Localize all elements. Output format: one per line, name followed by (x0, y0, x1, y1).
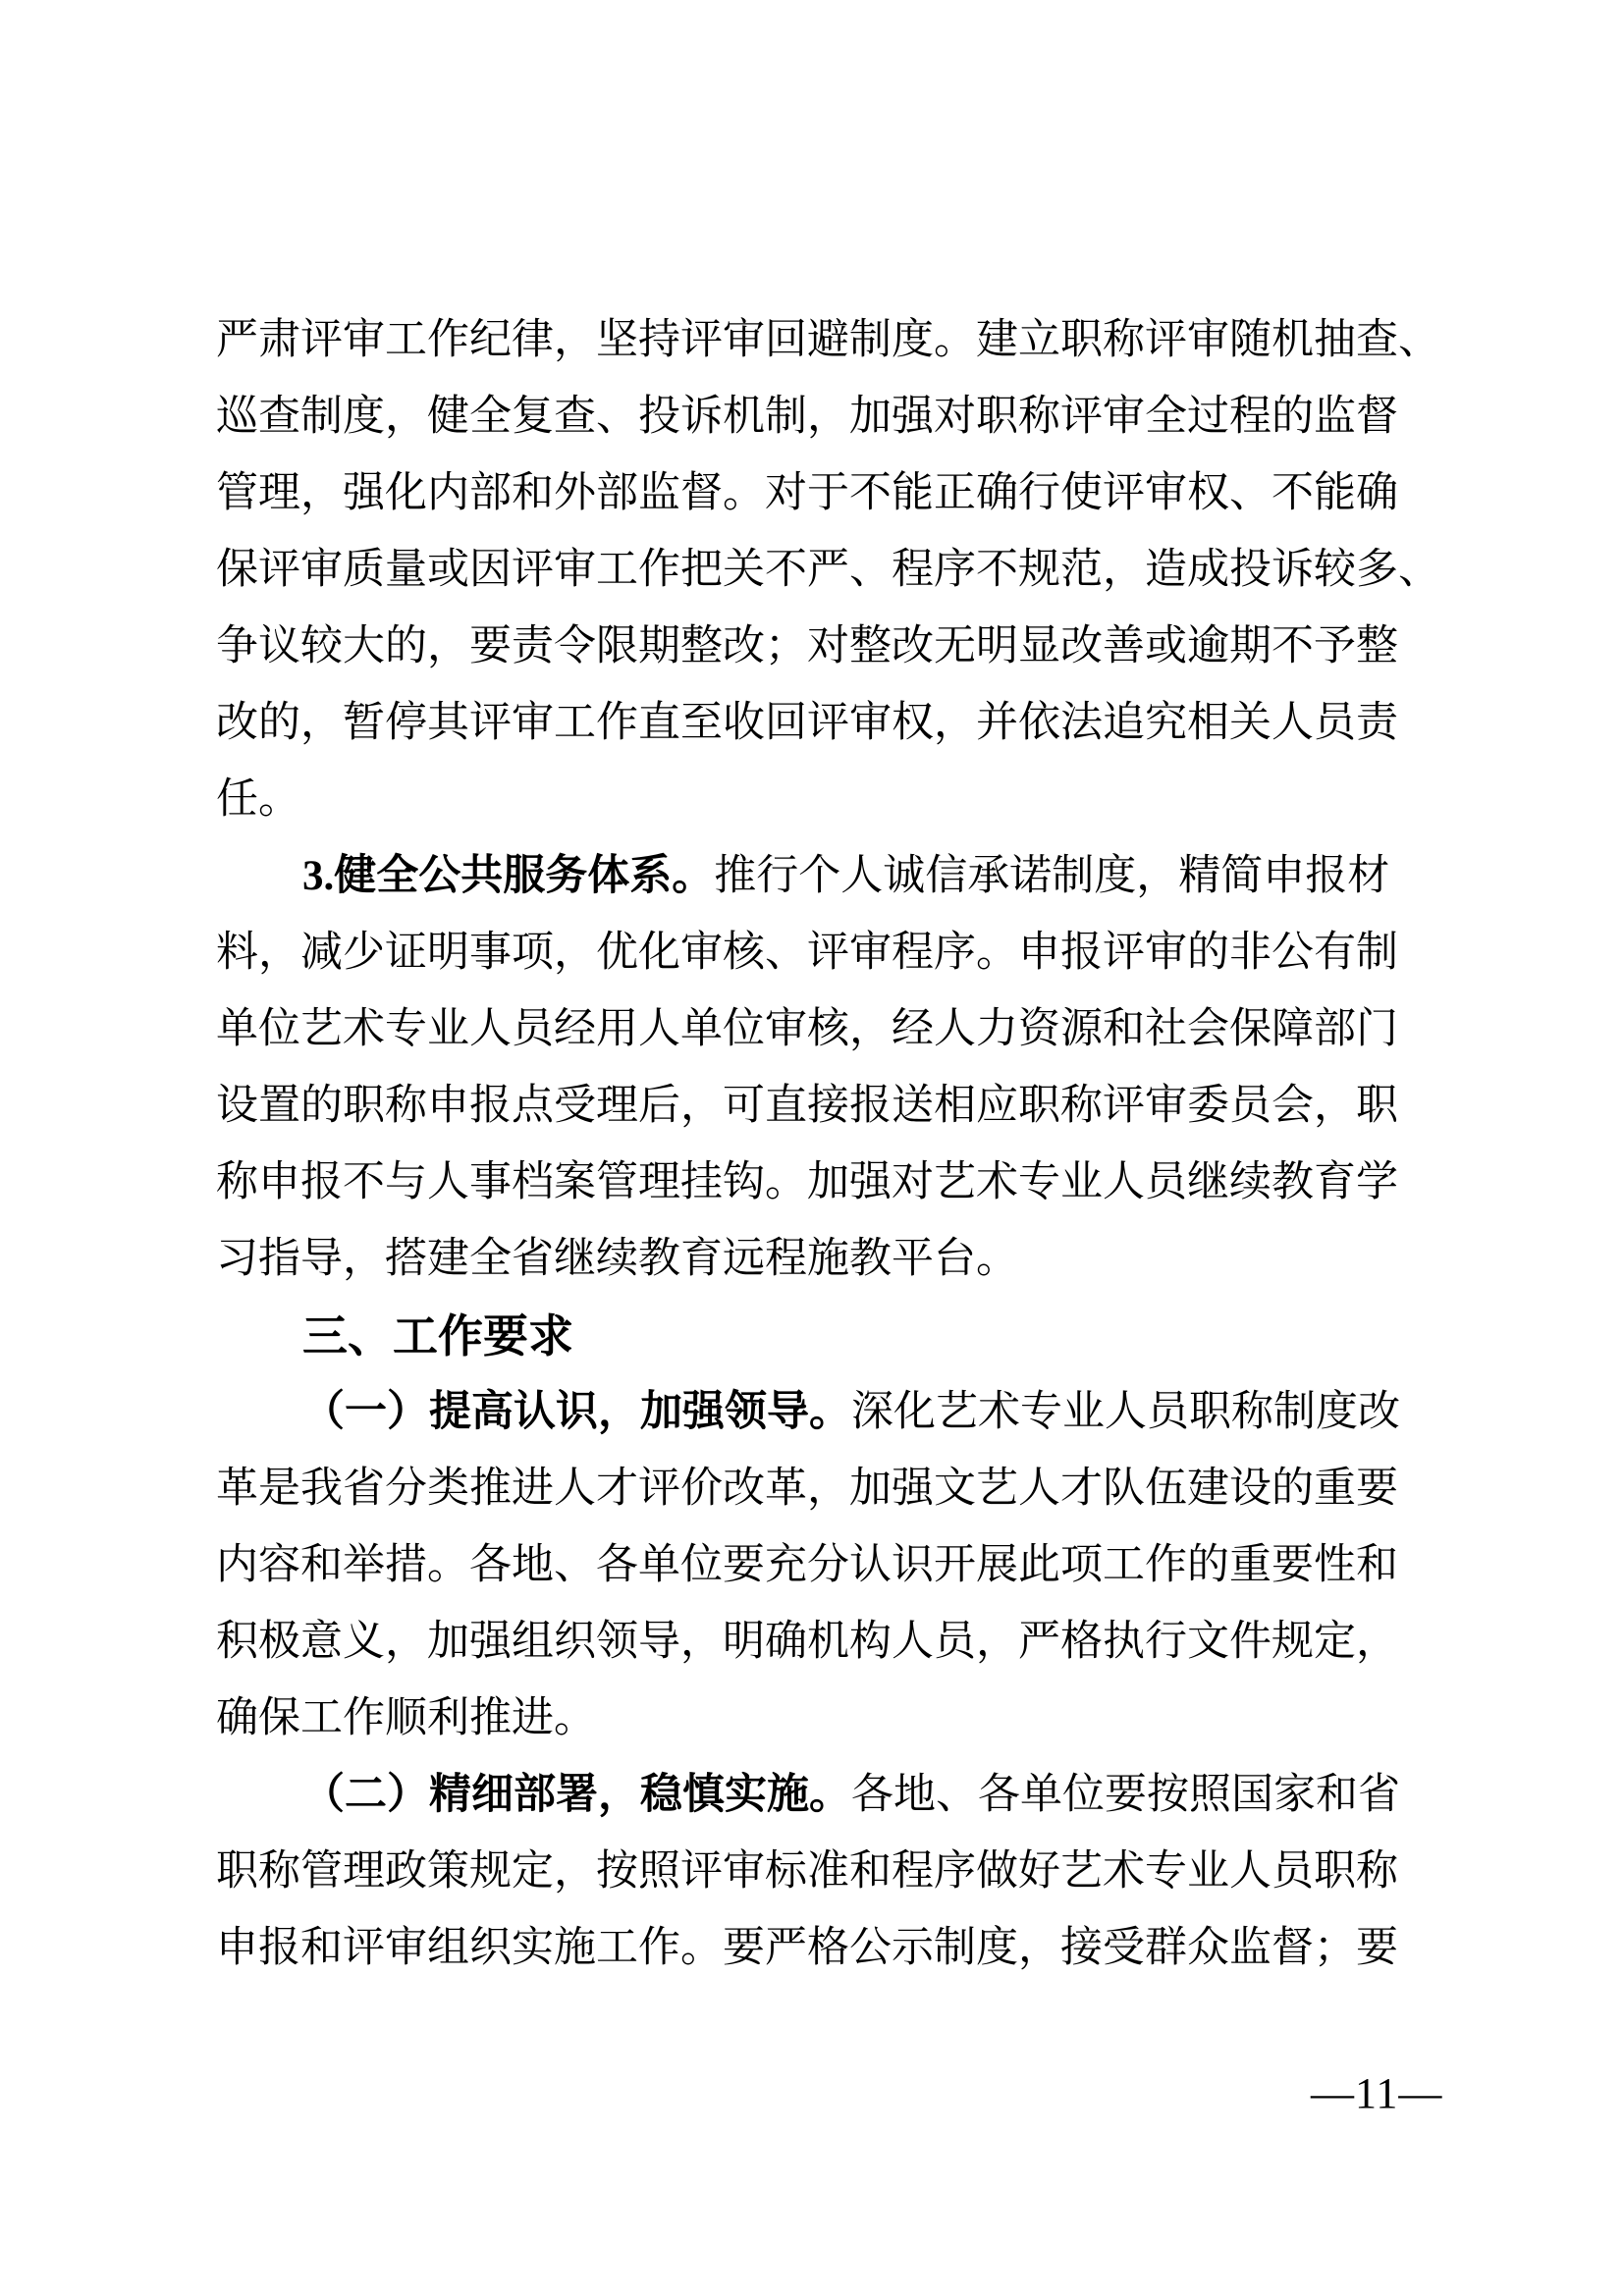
line-text: 推行个人诚信承诺制度，精简申报材 (714, 853, 1389, 899)
paragraph-lead: （二）精细部署，稳慎实施。 (302, 1772, 851, 1818)
body-line: 料，减少证明事项，优化审核、评审程序。申报评审的非公有制 (216, 915, 1438, 991)
page-number: —11— (1311, 2069, 1442, 2118)
body-line: 内容和举措。各地、各单位要充分认识开展此项工作的重要性和 (216, 1527, 1438, 1604)
body-line: 3.健全公共服务体系。推行个人诚信承诺制度，精简申报材 (216, 838, 1438, 915)
body-line: 单位艺术专业人员经用人单位审核，经人力资源和社会保障部门 (216, 991, 1438, 1068)
body-line: 争议较大的，要责令限期整改；对整改无明显改善或逾期不予整 (216, 609, 1438, 685)
body-line: 称申报不与人事档案管理挂钩。加强对艺术专业人员继续教育学 (216, 1145, 1438, 1221)
paragraph-lead: 3.健全公共服务体系。 (302, 853, 714, 899)
document-body: 严肃评审工作纪律，坚持评审回避制度。建立职称评审随机抽查、 巡查制度，健全复查、… (216, 302, 1438, 1987)
body-line: （一）提高认识，加强领导。深化艺术专业人员职称制度改 (216, 1374, 1438, 1451)
body-line: 革是我省分类推进人才评价改革，加强文艺人才队伍建设的重要 (216, 1451, 1438, 1527)
body-line: 任。 (216, 762, 1438, 838)
paragraph-lead: （一）提高认识，加强领导。 (302, 1389, 851, 1435)
body-line: 积极意义，加强组织领导，明确机构人员，严格执行文件规定， (216, 1604, 1438, 1681)
body-line: 管理，强化内部和外部监督。对于不能正确行使评审权、不能确 (216, 455, 1438, 532)
line-text: 各地、各单位要按照国家和省 (851, 1772, 1400, 1818)
line-text: 深化艺术专业人员职称制度改 (851, 1389, 1400, 1435)
body-line: 严肃评审工作纪律，坚持评审回避制度。建立职称评审随机抽查、 (216, 302, 1438, 379)
body-line: 巡查制度，健全复查、投诉机制，加强对职称评审全过程的监督 (216, 379, 1438, 455)
body-line: 申报和评审组织实施工作。要严格公示制度，接受群众监督；要 (216, 1910, 1438, 1987)
body-line: 确保工作顺利推进。 (216, 1681, 1438, 1757)
body-line: 改的，暂停其评审工作直至收回评审权，并依法追究相关人员责 (216, 685, 1438, 762)
body-line: 职称管理政策规定，按照评审标准和程序做好艺术专业人员职称 (216, 1834, 1438, 1910)
body-line: 习指导，搭建全省继续教育远程施教平台。 (216, 1221, 1438, 1298)
body-line: 设置的职称申报点受理后，可直接报送相应职称评审委员会，职 (216, 1068, 1438, 1145)
document-page: 严肃评审工作纪律，坚持评审回避制度。建立职称评审随机抽查、 巡查制度，健全复查、… (0, 0, 1623, 2296)
body-line: （二）精细部署，稳慎实施。各地、各单位要按照国家和省 (216, 1757, 1438, 1834)
body-line: 保评审质量或因评审工作把关不严、程序不规范，造成投诉较多、 (216, 532, 1438, 609)
section-heading-work-requirements: 三、工作要求 (216, 1298, 1438, 1374)
